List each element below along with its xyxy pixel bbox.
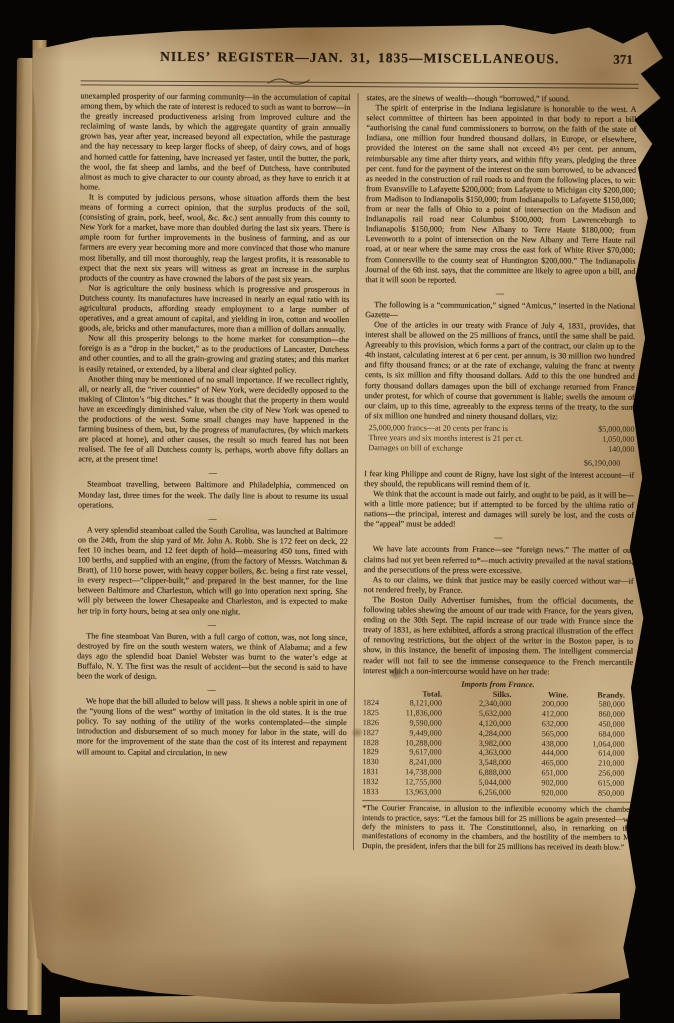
section-divider: — [365,287,635,300]
claim-line: Damages on bill of exchange 140,000 [368,443,634,455]
imports-header-brandy: Brandy. [584,690,633,700]
imports-header-silks: Silks. [468,689,533,699]
imports-table: Imports from France. Total. Silks. Wine.… [362,679,633,798]
right-column: states, are the sinews of wealth—though … [353,93,637,852]
paragraph: Another thing may be mentioned of no sma… [78,374,349,466]
claim-label: Damages on bill of exchange [368,443,462,454]
footnote: *The Courier Francaise, in allusion to t… [362,801,632,852]
paragraph: The fine steamboat Van Buren, with a ful… [77,631,347,683]
paragraph: As to our claims, we think that justice … [364,575,634,597]
claims-statement: 25,000,000 francs—at 20 cents per franc … [368,423,634,469]
paragraph: One of the articles in our treaty with F… [365,320,636,423]
paragraph: I fear king Philippe and count de Rigny,… [364,469,634,491]
left-column: unexampled prosperity of our farming com… [76,91,358,850]
masthead: NILES’ REGISTER—JAN. 31, 1835—MISCELLANE… [81,48,639,81]
section-divider: — [78,467,348,480]
paragraph: Steamboat travelling, between Baltimore … [78,480,348,512]
claim-amount: $5,000,000 [598,424,634,434]
section-divider: — [77,683,347,696]
paragraph: The spirit of enterprise in the Indiana … [365,103,636,286]
table-row: 1833 13,963,000 6,256,000 920,000 850,00… [362,787,632,798]
masthead-title: NILES’ REGISTER—JAN. 31, 1835—MISCELLANE… [81,48,639,67]
columns: unexampled prosperity of our farming com… [76,91,639,851]
section-divider: — [364,532,634,545]
paragraph: The following is a “communication,” sign… [365,300,635,322]
pen-flourish-icon [266,74,312,88]
masthead-rule [81,80,639,88]
paragraph: It is computed by judicious persons, who… [79,192,350,284]
paragraph: unexampled prosperity of our farming com… [80,91,351,194]
paragraph: Nor is agriculture the only business whi… [79,283,349,335]
paragraph: We hope that the bill alluded to below w… [77,696,347,758]
claim-amount: 1,050,000 [602,434,634,444]
section-divider: — [77,618,347,631]
imports-header-total: Total. [393,689,468,699]
paragraph: A very splendid steamboat called the Sou… [77,525,348,617]
paragraph: The Boston Daily Advertiser furnishes, f… [363,595,633,677]
page-number: 371 [613,52,633,68]
paragraph: We think that the account is made out fa… [364,489,634,531]
section-divider: — [78,512,348,525]
claims-total: $6,190,000 [368,455,634,469]
imports-header-wine: Wine. [533,690,584,700]
page-content: NILES’ REGISTER—JAN. 31, 1835—MISCELLANE… [75,38,639,1001]
claim-amount: 140,000 [608,445,634,455]
paragraph: We have late accounts from France—see “f… [364,545,634,577]
newspaper-page: NILES’ REGISTER—JAN. 31, 1835—MISCELLANE… [27,22,665,1010]
imports-header-year [363,689,393,699]
paragraph: Now all this prosperity belongs to the h… [79,334,349,376]
